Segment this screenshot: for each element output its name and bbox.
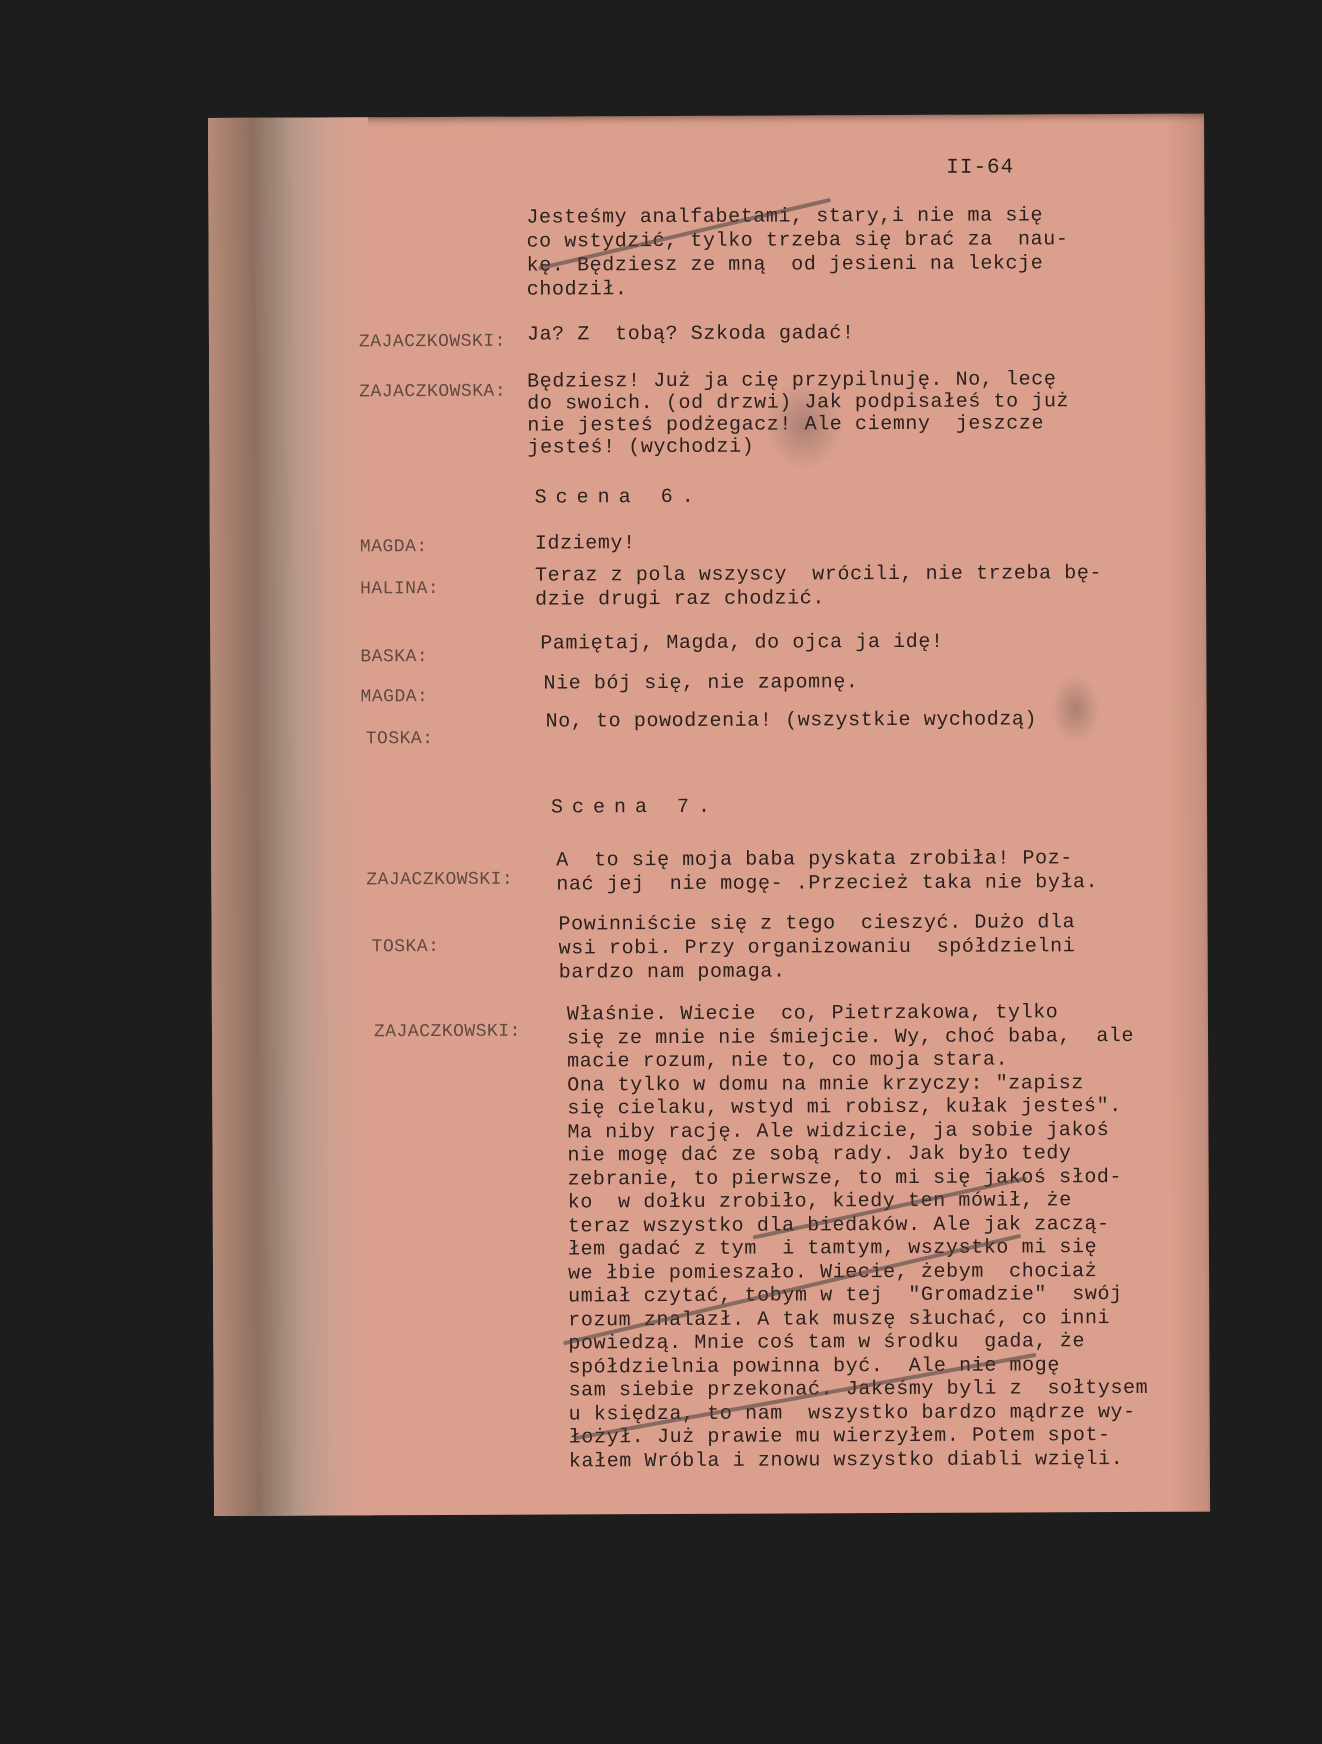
speaker-label: ZAJACZKOWSKI: <box>359 332 506 353</box>
typewritten-page: II-64 Jesteśmy analfabetami, stary,i nie… <box>208 114 1210 1516</box>
speaker-label: TOSKA: <box>366 729 434 749</box>
text-line: spółdzielnia powinna być. Ale nie mogę <box>568 1354 1060 1379</box>
text-line: ko w dołku zrobiło, kiedy ten mówił, że <box>568 1189 1072 1214</box>
binding-shadow <box>208 117 374 1516</box>
text-line: A to się moja baba pyskata zrobiła! Poz- <box>556 847 1073 872</box>
page-edge-shadow <box>1164 114 1210 1512</box>
text-line: łem gadać z tym i tamtym, wszystko mi si… <box>568 1236 1097 1261</box>
text-line: chodził. <box>527 278 628 301</box>
text-line: się ze mnie nie śmiejcie. Wy, choć baba,… <box>567 1024 1134 1049</box>
text-line: sam siebie przekonać. Jakeśmy byli z soł… <box>569 1377 1149 1403</box>
text-line: No, to powodzenia! (wszystkie wychodzą) <box>546 708 1038 733</box>
text-line: jesteś! (wychodzi) <box>527 436 754 460</box>
text-line: macie rozum, nie to, co moja stara. <box>567 1049 1008 1074</box>
text-line: bardzo nam pomaga. <box>559 960 786 984</box>
text-line: nie mogę dać ze sobą rady. Jak było tedy <box>567 1142 1071 1167</box>
text-line: Ja? Z tobą? Szkoda gadać! <box>527 322 855 346</box>
speaker-label: ZAJACZKOWSKI: <box>374 1022 521 1043</box>
text-line: Idziemy! <box>535 532 636 555</box>
text-line: łożył. Już prawie mu wierzyłem. Potem sp… <box>569 1424 1111 1449</box>
ink-smudge <box>1050 674 1100 744</box>
text-line: Ona tylko w domu na mnie krzyczy: "zapis… <box>567 1072 1084 1097</box>
speaker-label: BASKA: <box>360 647 428 667</box>
text-line: zebranie, to pierwsze, to mi się jakoś s… <box>568 1166 1123 1191</box>
text-line: Teraz z pola wszyscy wrócili, nie trzeba… <box>535 562 1102 587</box>
scene-heading: Scena 6. <box>535 486 703 510</box>
speaker-label: MAGDA: <box>360 537 428 557</box>
text-line: umiał czytać, tobym w tej "Gromadzie" sw… <box>568 1283 1123 1308</box>
text-line: rozum znalazł. A tak muszę słuchać, co i… <box>568 1307 1110 1332</box>
speaker-label: TOSKA: <box>372 937 440 957</box>
text-line: Ma niby rację. Ale widzicie, ja sobie ja… <box>567 1119 1109 1144</box>
text-line: Pamiętaj, Magda, do ojca ja idę! <box>540 631 943 656</box>
text-line: kałem Wróbla i znowu wszystko diabli wzi… <box>569 1448 1124 1473</box>
text-line: nać jej nie mogę- .Przecież taka nie był… <box>556 871 1098 896</box>
text-line: kę. Będziesz ze mną od jesieni na lekcje <box>527 252 1044 277</box>
text-line: nie jesteś podżegacz! Ale ciemny jeszcze <box>527 412 1044 437</box>
page-number: II-64 <box>946 156 1014 179</box>
speaker-label: ZAJACZKOWSKI: <box>366 870 513 891</box>
speaker-label: HALINA: <box>360 579 439 599</box>
scene-heading: Scena 7. <box>551 796 719 820</box>
text-line: Nie bój się, nie zapomnę. <box>543 671 858 695</box>
text-line: Właśnie. Wiecie co, Pietrzakowa, tylko <box>567 1001 1059 1026</box>
text-line: powiedzą. Mnie coś tam w środku gada, że <box>568 1330 1085 1355</box>
speaker-label: MAGDA: <box>360 687 428 707</box>
text-line: się cielaku, wstyd mi robisz, kułak jest… <box>567 1095 1122 1120</box>
speaker-label: ZAJACZKOWSKA: <box>359 382 506 403</box>
text-line: wsi robi. Przy organizowaniu spółdzielni <box>559 935 1076 960</box>
text-line: Powinniście się z tego cieszyć. Dużo dla <box>558 911 1075 936</box>
text-line: dzie drugi raz chodzić. <box>535 587 825 611</box>
